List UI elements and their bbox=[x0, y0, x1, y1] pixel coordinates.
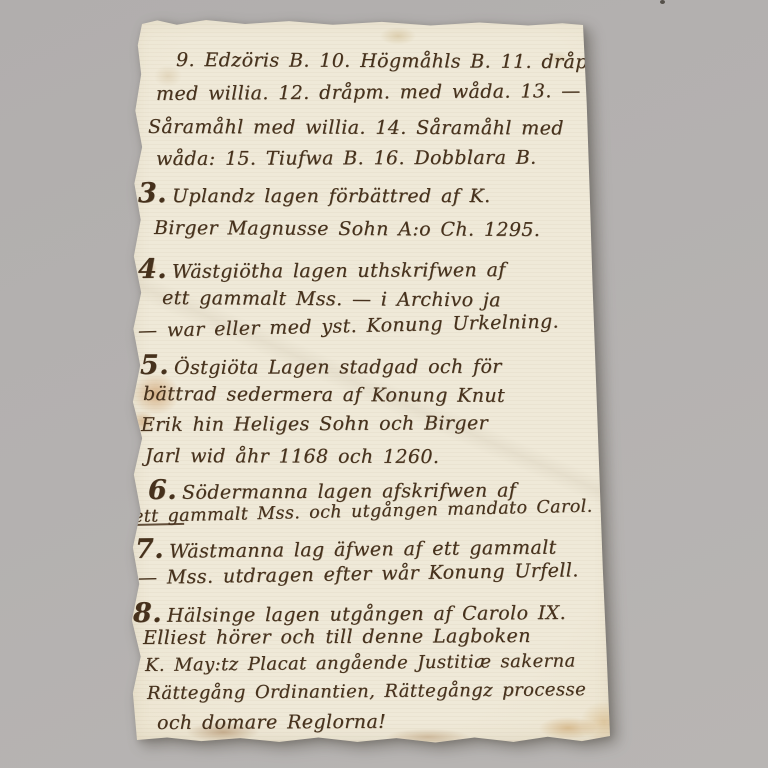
line-text: Östgiöta Lagen stadgad och för bbox=[174, 356, 502, 379]
section-number: 3. bbox=[138, 178, 167, 209]
manuscript-line: wåda: 15. Tiufwa B. 16. Dobblara B. bbox=[156, 148, 537, 171]
manuscript-line: ett gammalt Mss. — i Archivo ja bbox=[162, 288, 501, 312]
manuscript-text: 9. Edzöris B. 10. Högmåhls B. 11. dråpm.… bbox=[128, 16, 616, 744]
photo-background: 9. Edzöris B. 10. Högmåhls B. 11. dråpm.… bbox=[0, 0, 768, 768]
manuscript-line: — war eller med yst. Konung Urkelning. bbox=[138, 311, 559, 342]
section-number: 7. bbox=[135, 534, 164, 565]
line-text: 9. Edzöris B. 10. Högmåhls B. 11. dråpm. bbox=[176, 49, 613, 73]
manuscript-paper: 9. Edzöris B. 10. Högmåhls B. 11. dråpm.… bbox=[128, 16, 616, 744]
section-number: 4. bbox=[138, 254, 167, 285]
manuscript-line: och domare Reglorna! bbox=[157, 712, 386, 735]
section-number: 8. bbox=[133, 598, 162, 629]
manuscript-line: med willia. 12. dråpm. med wåda. 13. — bbox=[156, 81, 581, 106]
line-text: Birger Magnusse Sohn A:o Ch. 1295. bbox=[154, 217, 540, 241]
manuscript-line: Erik hin Heliges Sohn och Birger bbox=[141, 413, 488, 437]
section-number: 6. bbox=[148, 475, 177, 506]
manuscript-line: Jarl wid åhr 1168 och 1260. bbox=[145, 446, 439, 469]
line-text: Rättegång Ordinantien, Rättegångz proces… bbox=[147, 679, 586, 704]
manuscript-line: 8.Hälsinge lagen utgången af Carolo IX. bbox=[133, 595, 566, 629]
line-text: Erik hin Heliges Sohn och Birger bbox=[141, 412, 488, 436]
manuscript-line: Birger Magnusse Sohn A:o Ch. 1295. bbox=[154, 218, 540, 242]
manuscript-line: Såramåhl med willia. 14. Såramåhl med bbox=[148, 117, 564, 140]
manuscript-line: — Mss. utdragen efter wår Konung Urfell. bbox=[138, 560, 579, 590]
line-text: ett gammalt Mss. — i Archivo ja bbox=[162, 287, 501, 311]
manuscript-line: Elliest hörer och till denne Lagboken bbox=[143, 626, 531, 650]
line-text: Uplandz lagen förbättred af K. bbox=[172, 185, 491, 207]
line-text: K. May:tz Placat angående Justitiæ saker… bbox=[145, 650, 576, 676]
line-text: Såramåhl med willia. 14. Såramåhl med bbox=[148, 116, 564, 139]
line-text: Jarl wid åhr 1168 och 1260. bbox=[145, 445, 439, 468]
manuscript-line: Rättegång Ordinantien, Rättegångz proces… bbox=[147, 680, 586, 705]
manuscript-line: 9. Edzöris B. 10. Högmåhls B. 11. dråpm. bbox=[176, 50, 613, 74]
line-text: Wästgiötha lagen uthskrifwen af bbox=[172, 259, 506, 283]
manuscript-line: 4.Wästgiötha lagen uthskrifwen af bbox=[138, 252, 506, 285]
line-text: Wästmanna lag äfwen af ett gammalt bbox=[169, 537, 557, 563]
line-text: — war eller med yst. Konung Urkelning. bbox=[138, 310, 560, 342]
line-text: Hälsinge lagen utgången af Carolo IX. bbox=[167, 602, 566, 627]
section-number: 5. bbox=[140, 350, 169, 381]
manuscript-line: K. May:tz Placat angående Justitiæ saker… bbox=[145, 651, 576, 676]
manuscript-line: bättrad sedermera af Konung Knut bbox=[143, 384, 505, 408]
line-text: bättrad sedermera af Konung Knut bbox=[143, 383, 505, 407]
line-text: wåda: 15. Tiufwa B. 16. Dobblara B. bbox=[156, 147, 537, 170]
manuscript-line: 3.Uplandz lagen förbättred af K. bbox=[138, 178, 491, 209]
line-text: och domare Reglorna! bbox=[157, 711, 386, 734]
line-text: Elliest hörer och till denne Lagboken bbox=[143, 625, 531, 649]
manuscript-line: 5.Östgiöta Lagen stadgad och för bbox=[140, 349, 502, 381]
line-text: med willia. 12. dråpm. med wåda. 13. — bbox=[156, 80, 581, 105]
manuscript-line: 7.Wästmanna lag äfwen af ett gammalt bbox=[135, 530, 557, 565]
dust-speck bbox=[660, 0, 665, 4]
paper-sheet: 9. Edzöris B. 10. Högmåhls B. 11. dråpm.… bbox=[128, 16, 616, 744]
